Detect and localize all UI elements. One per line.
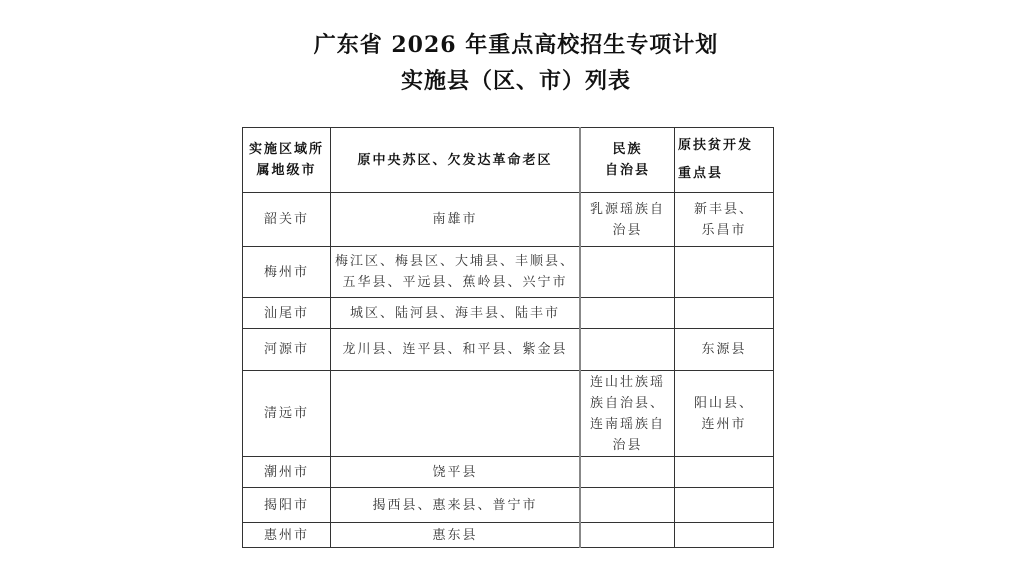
table-row: 河源市 龙川县、连平县、和平县、紫金县 东源县 [243, 329, 774, 371]
cell-city: 清远市 [243, 371, 331, 457]
cell-city: 揭阳市 [243, 488, 331, 523]
cell-poverty: 新丰县、 乐昌市 [675, 193, 774, 247]
cell-city: 潮州市 [243, 457, 331, 488]
cell-ethnic: 连山壮族瑶 族自治县、 连南瑶族自 治县 [580, 371, 675, 457]
cell-ethnic [580, 523, 675, 548]
header-ethnic-autonomous: 民族 自治县 [580, 128, 675, 193]
cell-city: 河源市 [243, 329, 331, 371]
table-row: 惠州市 惠东县 [243, 523, 774, 548]
document-subtitle: 实施县（区、市）列表 [0, 64, 1032, 95]
cell-city: 汕尾市 [243, 298, 331, 329]
cell-revolution: 南雄市 [331, 193, 581, 247]
cell-ethnic [580, 488, 675, 523]
cell-revolution: 揭西县、惠来县、普宁市 [331, 488, 581, 523]
cell-ethnic [580, 457, 675, 488]
cell-city: 梅州市 [243, 247, 331, 298]
cell-ethnic: 乳源瑶族自 治县 [580, 193, 675, 247]
header-city: 实施区域所 属地级市 [243, 128, 331, 193]
cell-city: 韶关市 [243, 193, 331, 247]
county-list-table: 实施区域所 属地级市 原中央苏区、欠发达革命老区 民族 自治县 原扶贫开发 重点… [242, 127, 774, 548]
cell-poverty [675, 298, 774, 329]
cell-ethnic [580, 329, 675, 371]
cell-poverty [675, 488, 774, 523]
table-header-row: 实施区域所 属地级市 原中央苏区、欠发达革命老区 民族 自治县 原扶贫开发 重点… [243, 128, 774, 193]
cell-revolution: 饶平县 [331, 457, 581, 488]
cell-ethnic [580, 298, 675, 329]
table-row: 清远市 连山壮族瑶 族自治县、 连南瑶族自 治县 阳山县、 连州市 [243, 371, 774, 457]
cell-revolution: 惠东县 [331, 523, 581, 548]
table-row: 韶关市 南雄市 乳源瑶族自 治县 新丰县、 乐昌市 [243, 193, 774, 247]
cell-city: 惠州市 [243, 523, 331, 548]
table-row: 潮州市 饶平县 [243, 457, 774, 488]
table-row: 汕尾市 城区、陆河县、海丰县、陆丰市 [243, 298, 774, 329]
cell-revolution [331, 371, 581, 457]
cell-ethnic [580, 247, 675, 298]
header-revolution-area: 原中央苏区、欠发达革命老区 [331, 128, 581, 193]
cell-revolution: 城区、陆河县、海丰县、陆丰市 [331, 298, 581, 329]
cell-poverty [675, 523, 774, 548]
cell-revolution: 龙川县、连平县、和平县、紫金县 [331, 329, 581, 371]
header-poverty-county: 原扶贫开发 重点县 [675, 128, 774, 193]
cell-poverty [675, 247, 774, 298]
cell-poverty [675, 457, 774, 488]
table-row: 揭阳市 揭西县、惠来县、普宁市 [243, 488, 774, 523]
table-row: 梅州市 梅江区、梅县区、大埔县、丰顺县、 五华县、平远县、蕉岭县、兴宁市 [243, 247, 774, 298]
cell-poverty: 阳山县、 连州市 [675, 371, 774, 457]
cell-revolution: 梅江区、梅县区、大埔县、丰顺县、 五华县、平远县、蕉岭县、兴宁市 [331, 247, 581, 298]
document-title: 广东省 2026 年重点高校招生专项计划 [0, 28, 1032, 59]
cell-poverty: 东源县 [675, 329, 774, 371]
